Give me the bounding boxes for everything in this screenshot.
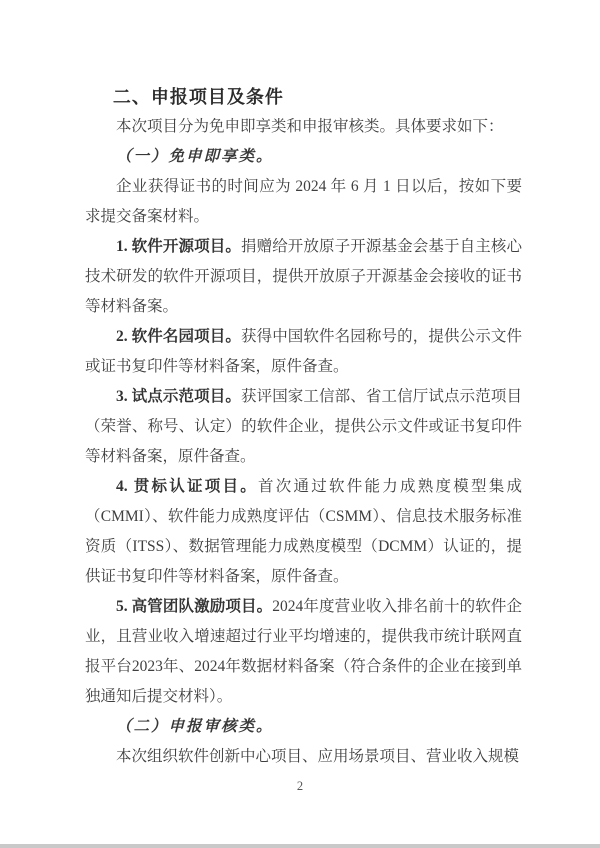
paragraph: 企业获得证书的时间应为 2024 年 6 月 1 日以后，按如下要求提交备案材料… <box>85 172 522 232</box>
paragraph: 2. 软件名园项目。获得中国软件名园称号的，提供公示文件或证书复印件等材料备案，… <box>85 322 522 382</box>
paragraph-lead: 4. 贯标认证项目。 <box>116 478 258 495</box>
paragraph: 5. 高管团队激励项目。2024年度营业收入排名前十的软件企业，且营业收入增速超… <box>85 592 522 712</box>
page-number: 2 <box>0 778 600 794</box>
scan-bottom-edge <box>0 844 600 848</box>
paragraph-list: 本次项目分为免申即享类和申报审核类。具体要求如下：（一）免申即享类。企业获得证书… <box>85 112 522 772</box>
paragraph: 本次项目分为免申即享类和申报审核类。具体要求如下： <box>85 112 522 142</box>
paragraph-lead: 5. 高管团队激励项目。 <box>116 598 272 615</box>
paragraph: 4. 贯标认证项目。首次通过软件能力成熟度模型集成（CMMI）、软件能力成熟度评… <box>85 472 522 592</box>
section-subheading: （二）申报审核类。 <box>85 712 522 742</box>
paragraph-lead: 3. 试点示范项目。 <box>116 388 241 405</box>
document-page: 二、申报项目及条件 本次项目分为免申即享类和申报审核类。具体要求如下：（一）免申… <box>0 0 600 848</box>
section-subheading: （一）免申即享类。 <box>85 142 522 172</box>
paragraph: 3. 试点示范项目。获评国家工信部、省工信厅试点示范项目（荣誉、称号、认定）的软… <box>85 382 522 472</box>
section-heading: 二、申报项目及条件 <box>85 82 522 112</box>
paragraph-lead: 1. 软件开源项目。 <box>116 238 241 255</box>
paragraph-lead: 2. 软件名园项目。 <box>116 328 241 345</box>
paragraph: 1. 软件开源项目。捐赠给开放原子开源基金会基于自主核心技术研发的软件开源项目，… <box>85 232 522 322</box>
paragraph: 本次组织软件创新中心项目、应用场景项目、营业收入规模 <box>85 742 522 772</box>
document-content: 二、申报项目及条件 本次项目分为免申即享类和申报审核类。具体要求如下：（一）免申… <box>85 82 522 772</box>
